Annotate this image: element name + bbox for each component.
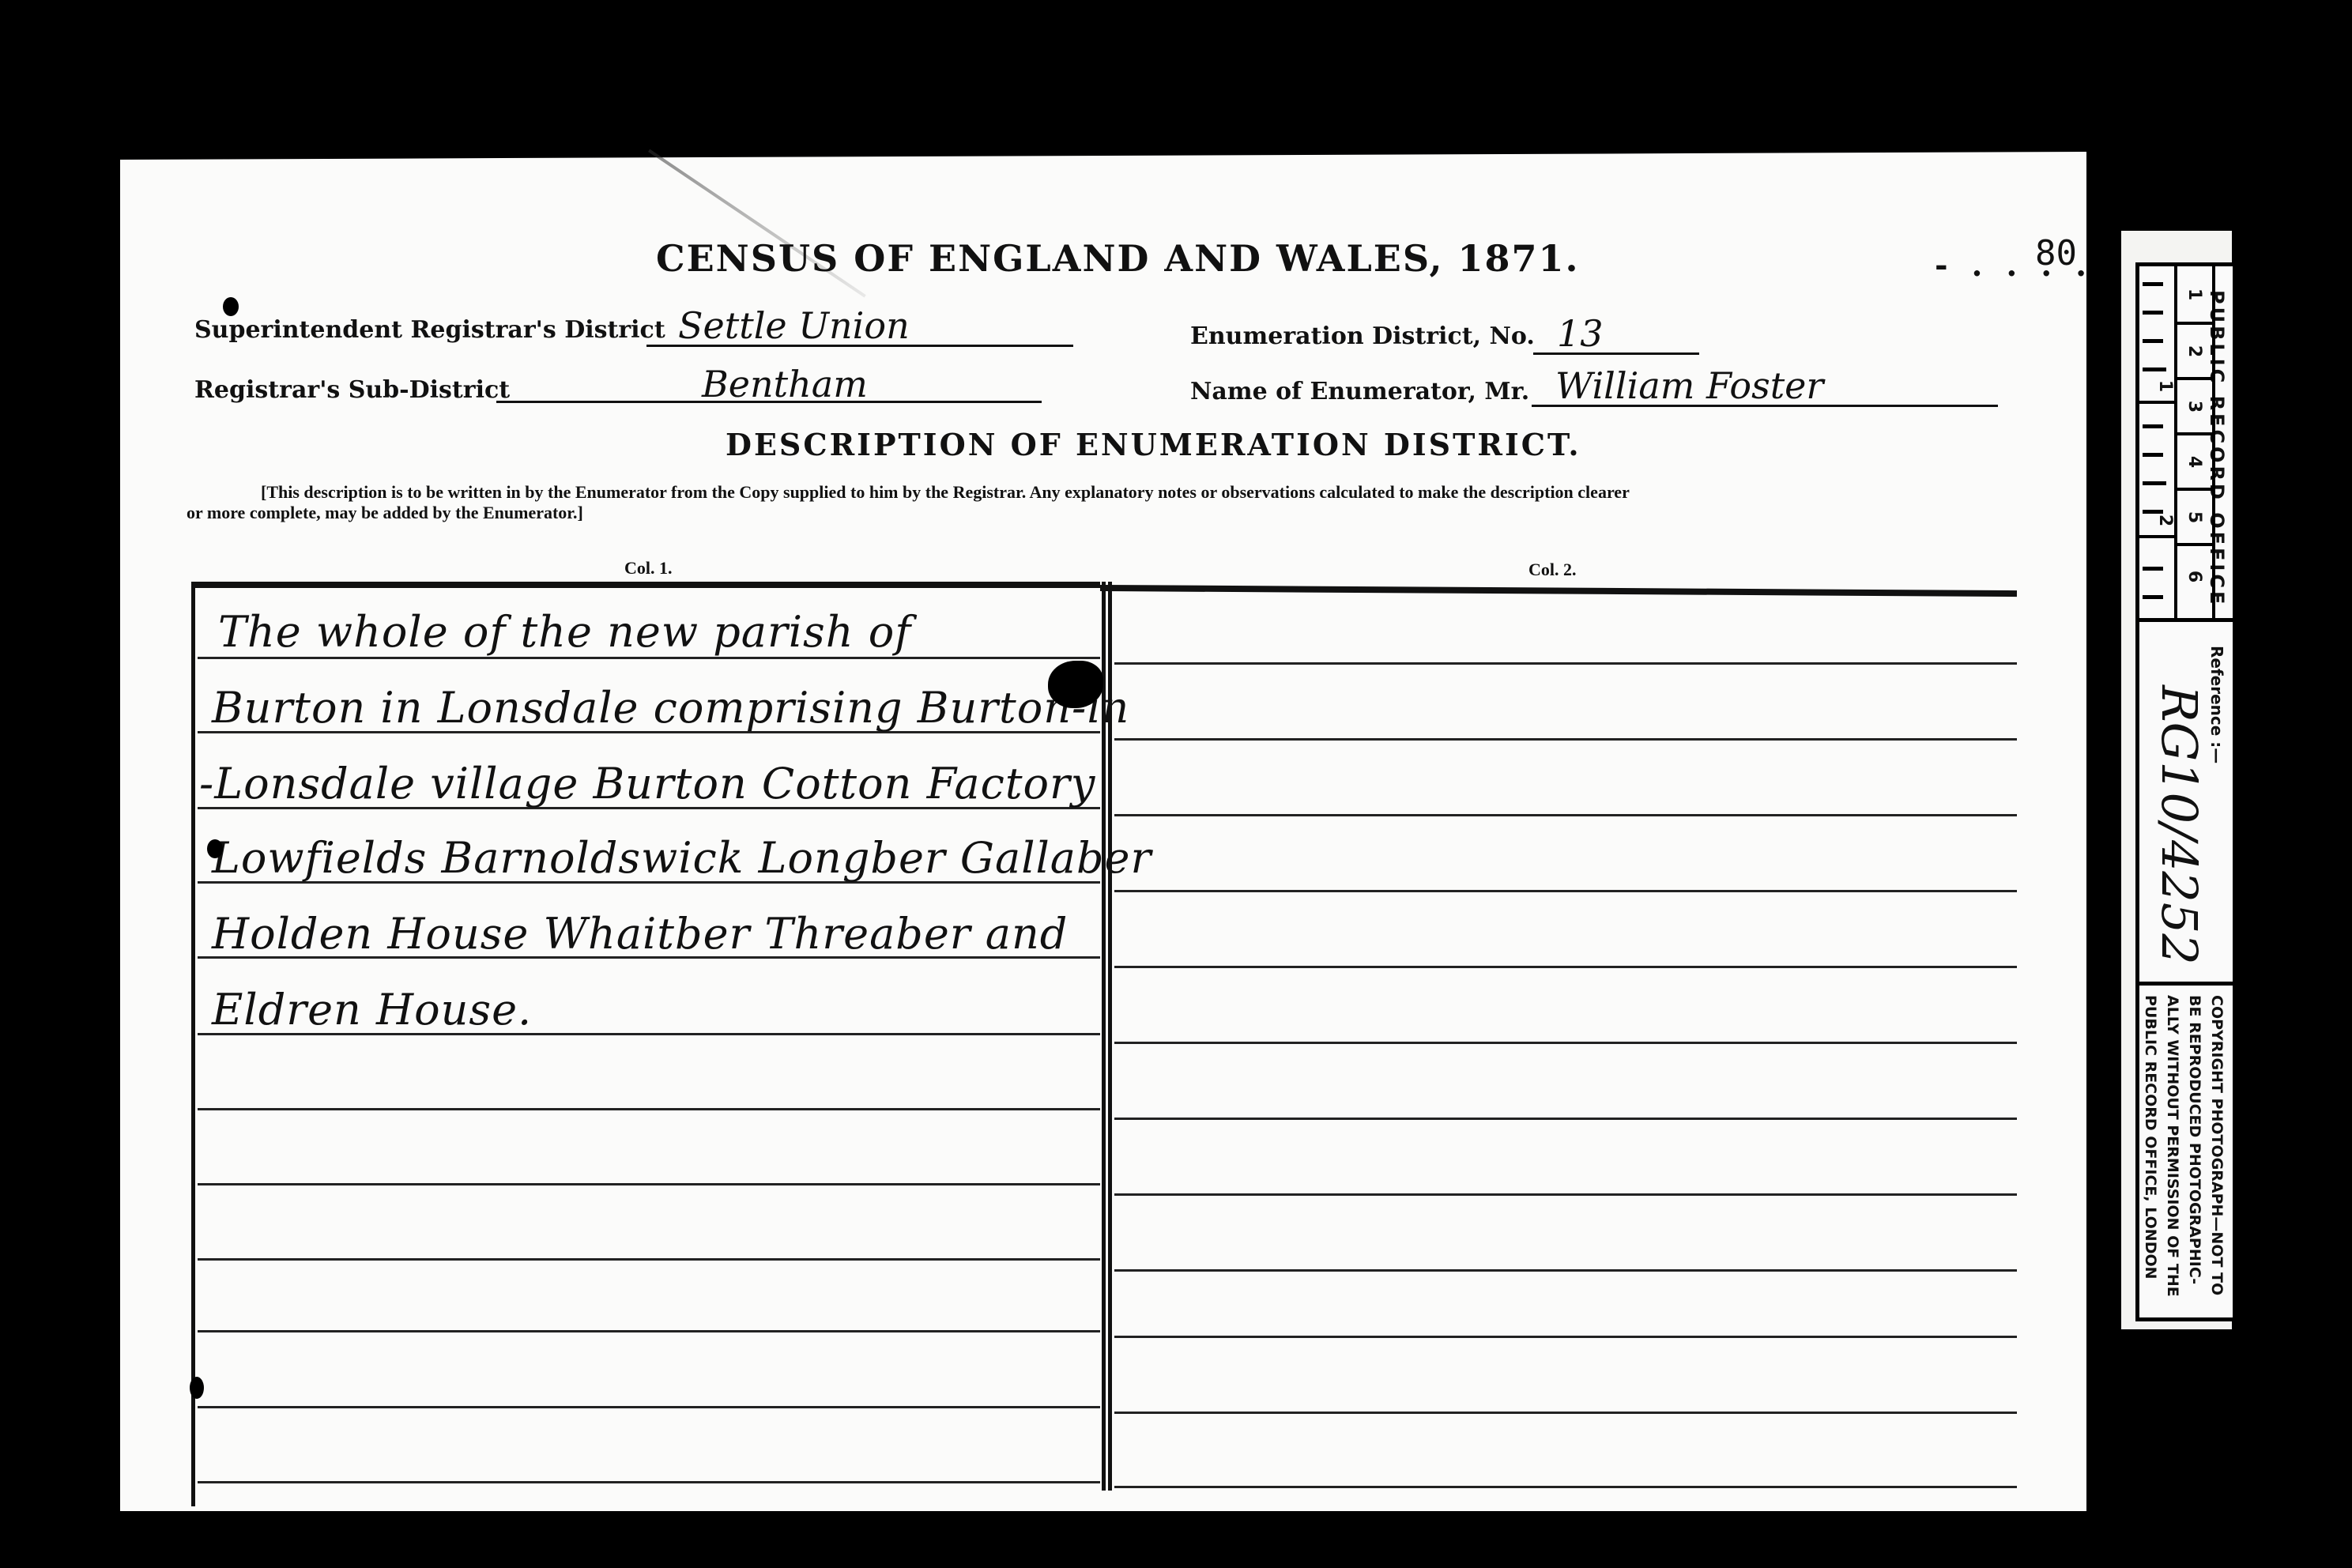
col2-rule [1114,1193,2017,1196]
ruler-tick [2143,567,2163,571]
col2-rule [1114,890,2017,892]
binding-hole-mark [223,297,239,316]
enumerator-label: Name of Enumerator, Mr. [1190,378,1529,405]
reference-value: RG10/4252 [2150,685,2208,965]
scale-cm-cell: 1 [2177,266,2212,325]
page-number: 80 [2035,233,2077,273]
sub-district-label: Registrar's Sub-District [194,376,510,404]
col2-rule [1114,1412,2017,1414]
ruler-divider [2212,266,2215,622]
handwritten-line: Burton in Lonsdale comprising Burton-in [212,683,1129,733]
col1-rule [198,1330,1100,1332]
col1-rule [198,1481,1100,1483]
document-title: CENSUS OF ENGLAND AND WALES, 1871. [656,237,1580,280]
enumeration-district-field: 13 [1533,315,1699,355]
col1-rule [198,1258,1100,1261]
handwritten-line: The whole of the new parish of [218,607,911,657]
scale-cm-cell: 5 [2177,491,2212,546]
ruler-box: PUBLIC RECORD OFFICE 1 2 3 4 5 6 1 2 [2135,262,2237,626]
superintendent-district-label: Superintendent Registrar's District [194,316,665,344]
binding-hole-mark [190,1377,204,1399]
scale-cm-cell: 2 [2177,325,2212,380]
copyright-line: BE REPRODUCED PHOTOGRAPHIC- [2184,995,2206,1284]
scale-cm-cell: 6 [2177,546,2212,606]
table-top-rule-col1 [191,582,1100,588]
ruler-tick [2143,510,2163,514]
ruler-tick [2143,367,2166,371]
sub-district-field: Bentham [496,365,1042,403]
col2-rule [1114,966,2017,968]
copyright-line: ALLY WITHOUT PERMISSION OF THE [2162,995,2184,1297]
col2-rule [1114,1269,2017,1272]
scale-cm-cell: 3 [2177,380,2212,435]
ink-blot [1048,661,1103,708]
scale-cm-cell: 4 [2177,435,2212,491]
col1-rule [198,1406,1100,1408]
description-note-line2: or more complete, may be added by the En… [187,503,583,523]
handwritten-line: Eldren House. [212,985,532,1035]
col1-rule [198,1108,1100,1110]
col1-header: Col. 1. [624,558,673,579]
col2-rule [1114,1118,2017,1120]
description-note-line1: [This description is to be written in by… [261,482,1630,503]
copyright-line: COPYRIGHT PHOTOGRAPH—NOT TO [2206,995,2228,1295]
handwritten-line: -Lonsdale village Burton Cotton Factory [199,759,1095,808]
superintendent-district-field: Settle Union [646,307,1073,347]
col2-rule [1114,1042,2017,1044]
ruler-tick [2143,311,2163,315]
reference-box: Reference :— RG10/4252 [2135,618,2237,989]
col1-rule [198,657,1100,659]
ruler-tick [2143,282,2163,286]
ruler-tick [2143,481,2166,485]
table-left-border [191,582,195,1506]
col2-header: Col. 2. [1528,560,1577,580]
handwritten-line: Holden House Whaitber Threaber and [212,909,1068,959]
enumeration-district-label: Enumeration District, No. [1190,322,1535,350]
col2-rule [1114,1486,2017,1488]
archive-reference-strip: PUBLIC RECORD OFFICE 1 2 3 4 5 6 1 2 Ref… [2121,231,2232,1329]
copyright-box: COPYRIGHT PHOTOGRAPH—NOT TO BE REPRODUCE… [2135,982,2237,1321]
ruler-tick [2143,424,2163,428]
col2-rule [1114,814,2017,816]
reference-label: Reference :— [2207,646,2226,763]
binding-hole-mark [207,839,223,858]
col1-rule [198,1183,1100,1185]
enumerator-field: William Foster [1532,367,1998,407]
ruler-tick [2143,595,2163,599]
scale-in-cell: 1 [2139,266,2174,404]
ruler-tick [2143,339,2163,343]
col2-rule [1114,1336,2017,1338]
ruler-tick [2143,453,2163,457]
col2-rule [1114,738,2017,741]
handwritten-line: Lowfields Barnoldswick Longber Gallaber [212,833,1151,883]
copyright-line: PUBLIC RECORD OFFICE, LONDON [2139,995,2162,1280]
col2-rule [1114,662,2017,665]
description-heading: DESCRIPTION OF ENUMERATION DISTRICT. [726,427,1581,462]
